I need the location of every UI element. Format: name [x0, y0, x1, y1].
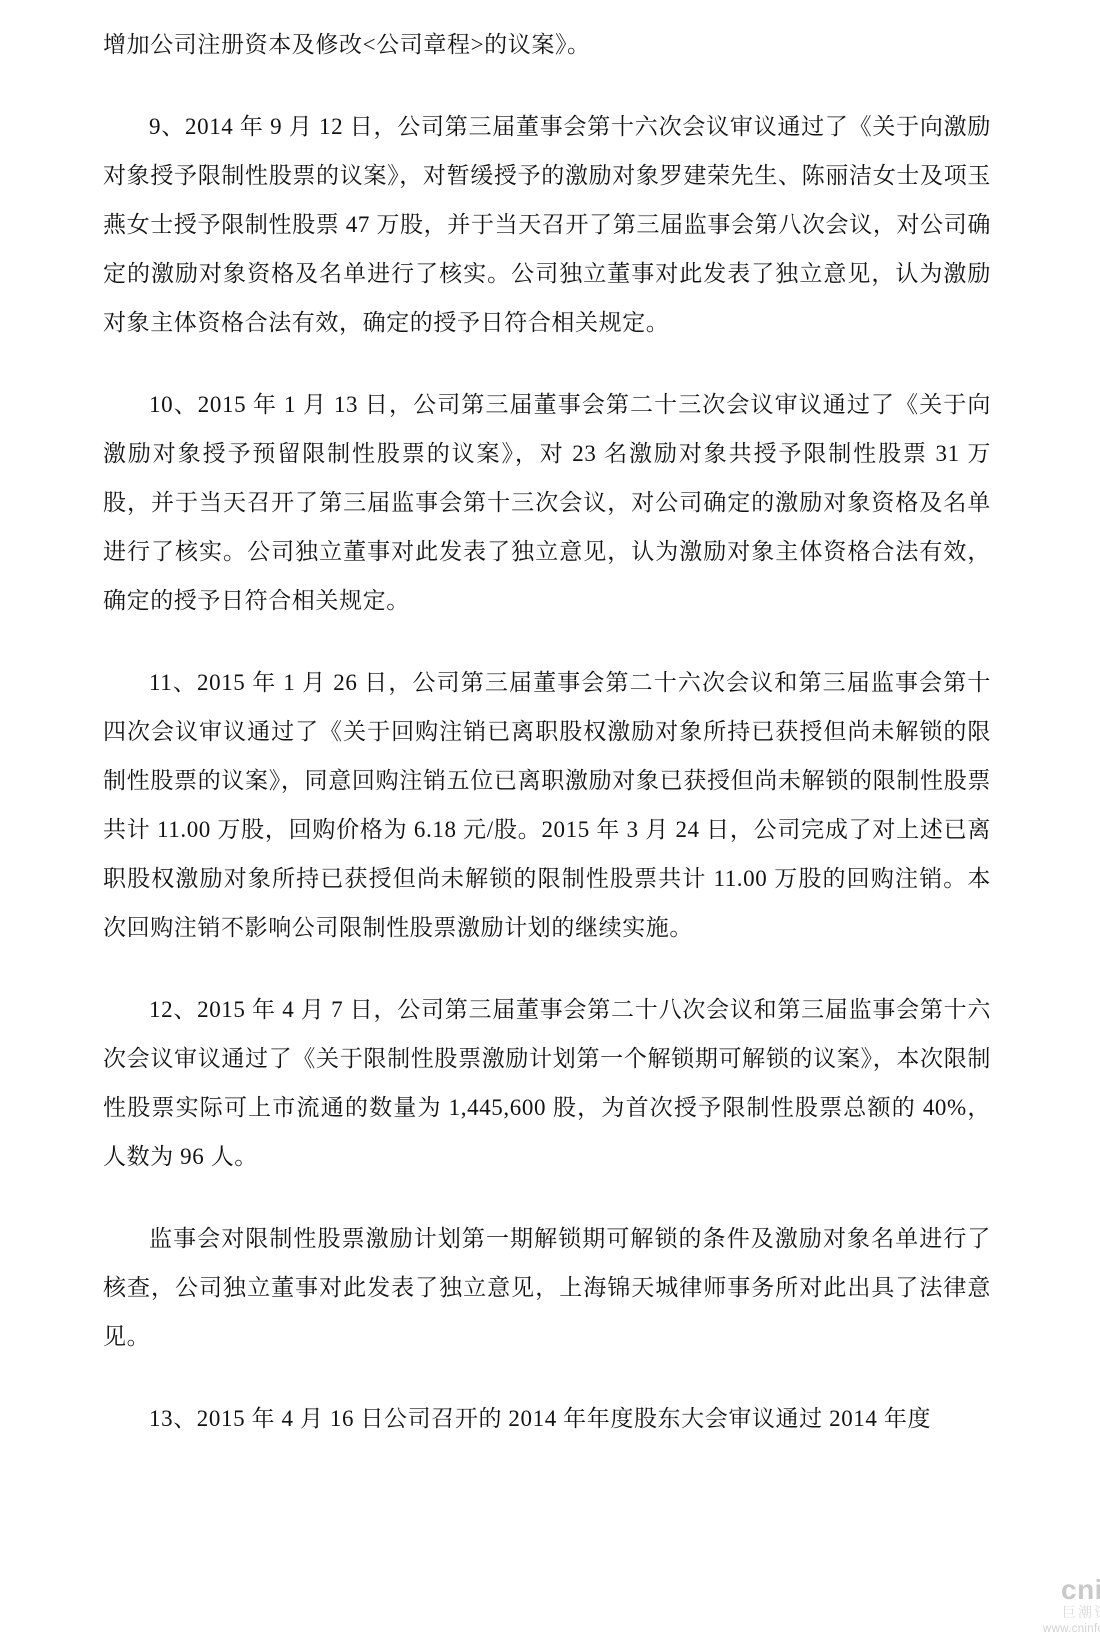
paragraph-prev-end: 增加公司注册资本及修改<公司章程>的议案》。 [103, 20, 991, 69]
cninfo-url-text: www.cninfo [1043, 1623, 1100, 1635]
document-body: 增加公司注册资本及修改<公司章程>的议案》。 9、2014 年 9 月 12 日… [103, 20, 991, 1443]
paragraph-item-11: 11、2015 年 1 月 26 日，公司第三届董事会第二十六次会议和第三届监事… [103, 658, 991, 952]
cninfo-watermark: cnin 巨潮资讯 www.cninfo [1043, 1576, 1100, 1635]
cninfo-logo-text: cnin [1061, 1576, 1100, 1604]
paragraph-item-12: 12、2015 年 4 月 7 日，公司第三届董事会第二十八次会议和第三届监事会… [103, 985, 991, 1181]
cninfo-chinese-label: 巨潮资讯 [1062, 1605, 1100, 1620]
paragraph-supervisory-note: 监事会对限制性股票激励计划第一期解锁期可解锁的条件及激励对象名单进行了核查，公司… [103, 1214, 991, 1361]
paragraph-item-13: 13、2015 年 4 月 16 日公司召开的 2014 年年度股东大会审议通过… [103, 1394, 991, 1443]
paragraph-item-10: 10、2015 年 1 月 13 日，公司第三届董事会第二十三次会议审议通过了《… [103, 380, 991, 625]
paragraph-item-9: 9、2014 年 9 月 12 日，公司第三届董事会第十六次会议审议通过了《关于… [103, 102, 991, 347]
document-page: 增加公司注册资本及修改<公司章程>的议案》。 9、2014 年 9 月 12 日… [0, 0, 1100, 1635]
